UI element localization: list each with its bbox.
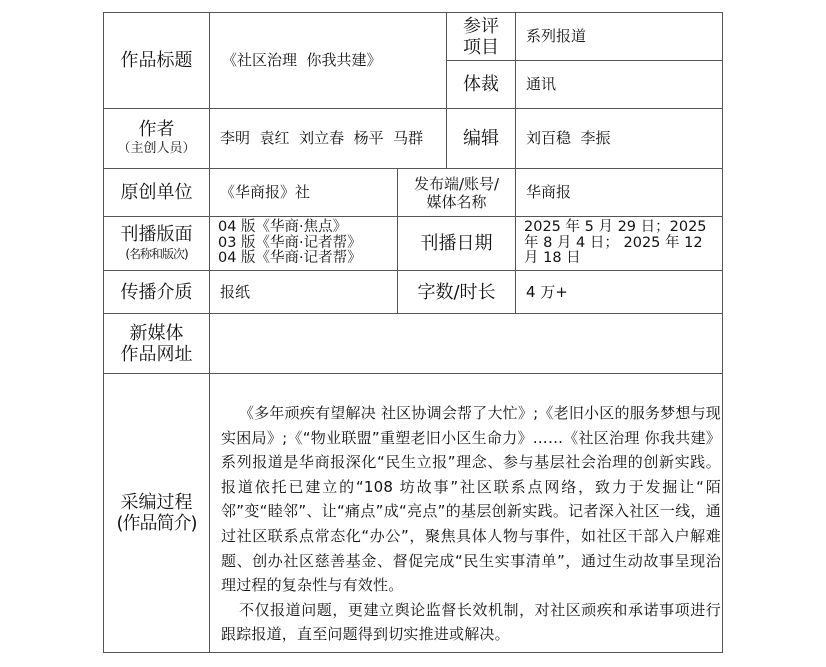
col-divider: [722, 12, 723, 653]
author-names: 李明 袁红 刘立春 杨平 马群: [220, 130, 423, 147]
length-value: 4 万+: [516, 271, 722, 313]
page-entry: 04 版《华商·焦点》: [218, 220, 347, 236]
url-label-line2: 作品网址: [121, 344, 193, 365]
editor-value: 刘百稳 李振: [516, 109, 722, 168]
date-line: 2025 年 5 月 29 日；2025: [524, 220, 707, 236]
platform-label-line1: 发布端/账号/: [414, 175, 499, 193]
title-value: 《社区治理 你我共建》: [210, 13, 446, 108]
publisher-value: 《华商报》社: [210, 169, 397, 216]
process-label: 采编过程 (作品简介): [104, 374, 209, 652]
medium-value: 报纸: [210, 271, 397, 313]
length-label-text: 字数/时长: [417, 282, 495, 303]
author-label: 作者 （主创人员）: [104, 109, 209, 168]
category-value: 系列报道: [516, 13, 722, 60]
medium-label-text: 传播介质: [121, 282, 193, 303]
title-label-text: 作品标题: [121, 50, 193, 71]
editor-label-text: 编辑: [463, 128, 499, 149]
date-label: 刊播日期: [398, 217, 515, 270]
platform-value: 华商报: [516, 169, 722, 216]
genre-value: 通讯: [516, 61, 722, 108]
editor-label: 编辑: [447, 109, 515, 168]
author-value: 李明 袁红 刘立春 杨平 马群: [210, 109, 446, 168]
description-paragraph: 不仅报道问题，更建立舆论监督长效机制，对社区顽疾和承诺事项进行跟踪报道，直至问题…: [221, 598, 721, 647]
pages-label-text: 刊播版面: [121, 224, 193, 245]
platform-label-line2: 媒体名称: [426, 193, 486, 211]
url-label: 新媒体 作品网址: [104, 314, 209, 373]
author-label-text: 作者: [139, 119, 175, 140]
process-sublabel: (作品简介): [116, 513, 196, 534]
platform-value-text: 华商报: [526, 184, 571, 201]
title-value-text: 《社区治理 你我共建》: [222, 52, 382, 69]
page-entry: 03 版《华商·记者帮》: [218, 236, 362, 252]
pages-label: 刊播版面 (名称和版次): [104, 217, 209, 270]
publisher-label: 原创单位: [104, 169, 209, 216]
date-line: 年 8 月 4 日； 2025 年 12: [524, 236, 703, 252]
row-divider: [103, 652, 723, 653]
description-paragraph: 《多年顽疾有望解决 社区协调会帮了大忙》;《老旧小区的服务梦想与现实困局》;《“…: [221, 401, 721, 598]
pages-value: 04 版《华商·焦点》 03 版《华商·记者帮》 04 版《华商·记者帮》: [210, 217, 397, 270]
author-sublabel: （主创人员）: [117, 140, 195, 158]
date-line: 月 18 日: [524, 251, 581, 267]
process-label-text: 采编过程: [121, 492, 193, 513]
genre-value-text: 通讯: [526, 76, 556, 93]
date-value: 2025 年 5 月 29 日；2025 年 8 月 4 日； 2025 年 1…: [516, 217, 722, 270]
page-entry: 04 版《华商·记者帮》: [218, 251, 362, 267]
medium-value-text: 报纸: [220, 284, 250, 301]
category-label-line1: 参评: [463, 16, 499, 37]
category-label: 参评 项目: [447, 13, 515, 60]
url-label-line1: 新媒体: [130, 323, 184, 344]
process-description: 《多年顽疾有望解决 社区协调会帮了大忙》;《老旧小区的服务梦想与现实困局》;《“…: [221, 401, 721, 647]
pages-sublabel: (名称和版次): [125, 245, 187, 263]
genre-label-text: 体裁: [463, 74, 499, 95]
title-label: 作品标题: [104, 13, 209, 108]
entry-form-table: 作品标题 《社区治理 你我共建》 参评 项目 系列报道 体裁 通讯 作者 （主创…: [103, 12, 723, 653]
category-value-text: 系列报道: [526, 28, 586, 45]
medium-label: 传播介质: [104, 271, 209, 313]
publisher-value-text: 《华商报》社: [220, 184, 310, 201]
url-value: [210, 314, 722, 373]
length-label: 字数/时长: [398, 271, 515, 313]
date-label-text: 刊播日期: [421, 233, 493, 254]
platform-label: 发布端/账号/ 媒体名称: [398, 169, 515, 216]
genre-label: 体裁: [447, 61, 515, 108]
length-value-text: 4 万+: [526, 284, 568, 301]
category-label-line2: 项目: [463, 37, 499, 58]
publisher-label-text: 原创单位: [121, 182, 193, 203]
editor-names: 刘百稳 李振: [526, 130, 611, 147]
